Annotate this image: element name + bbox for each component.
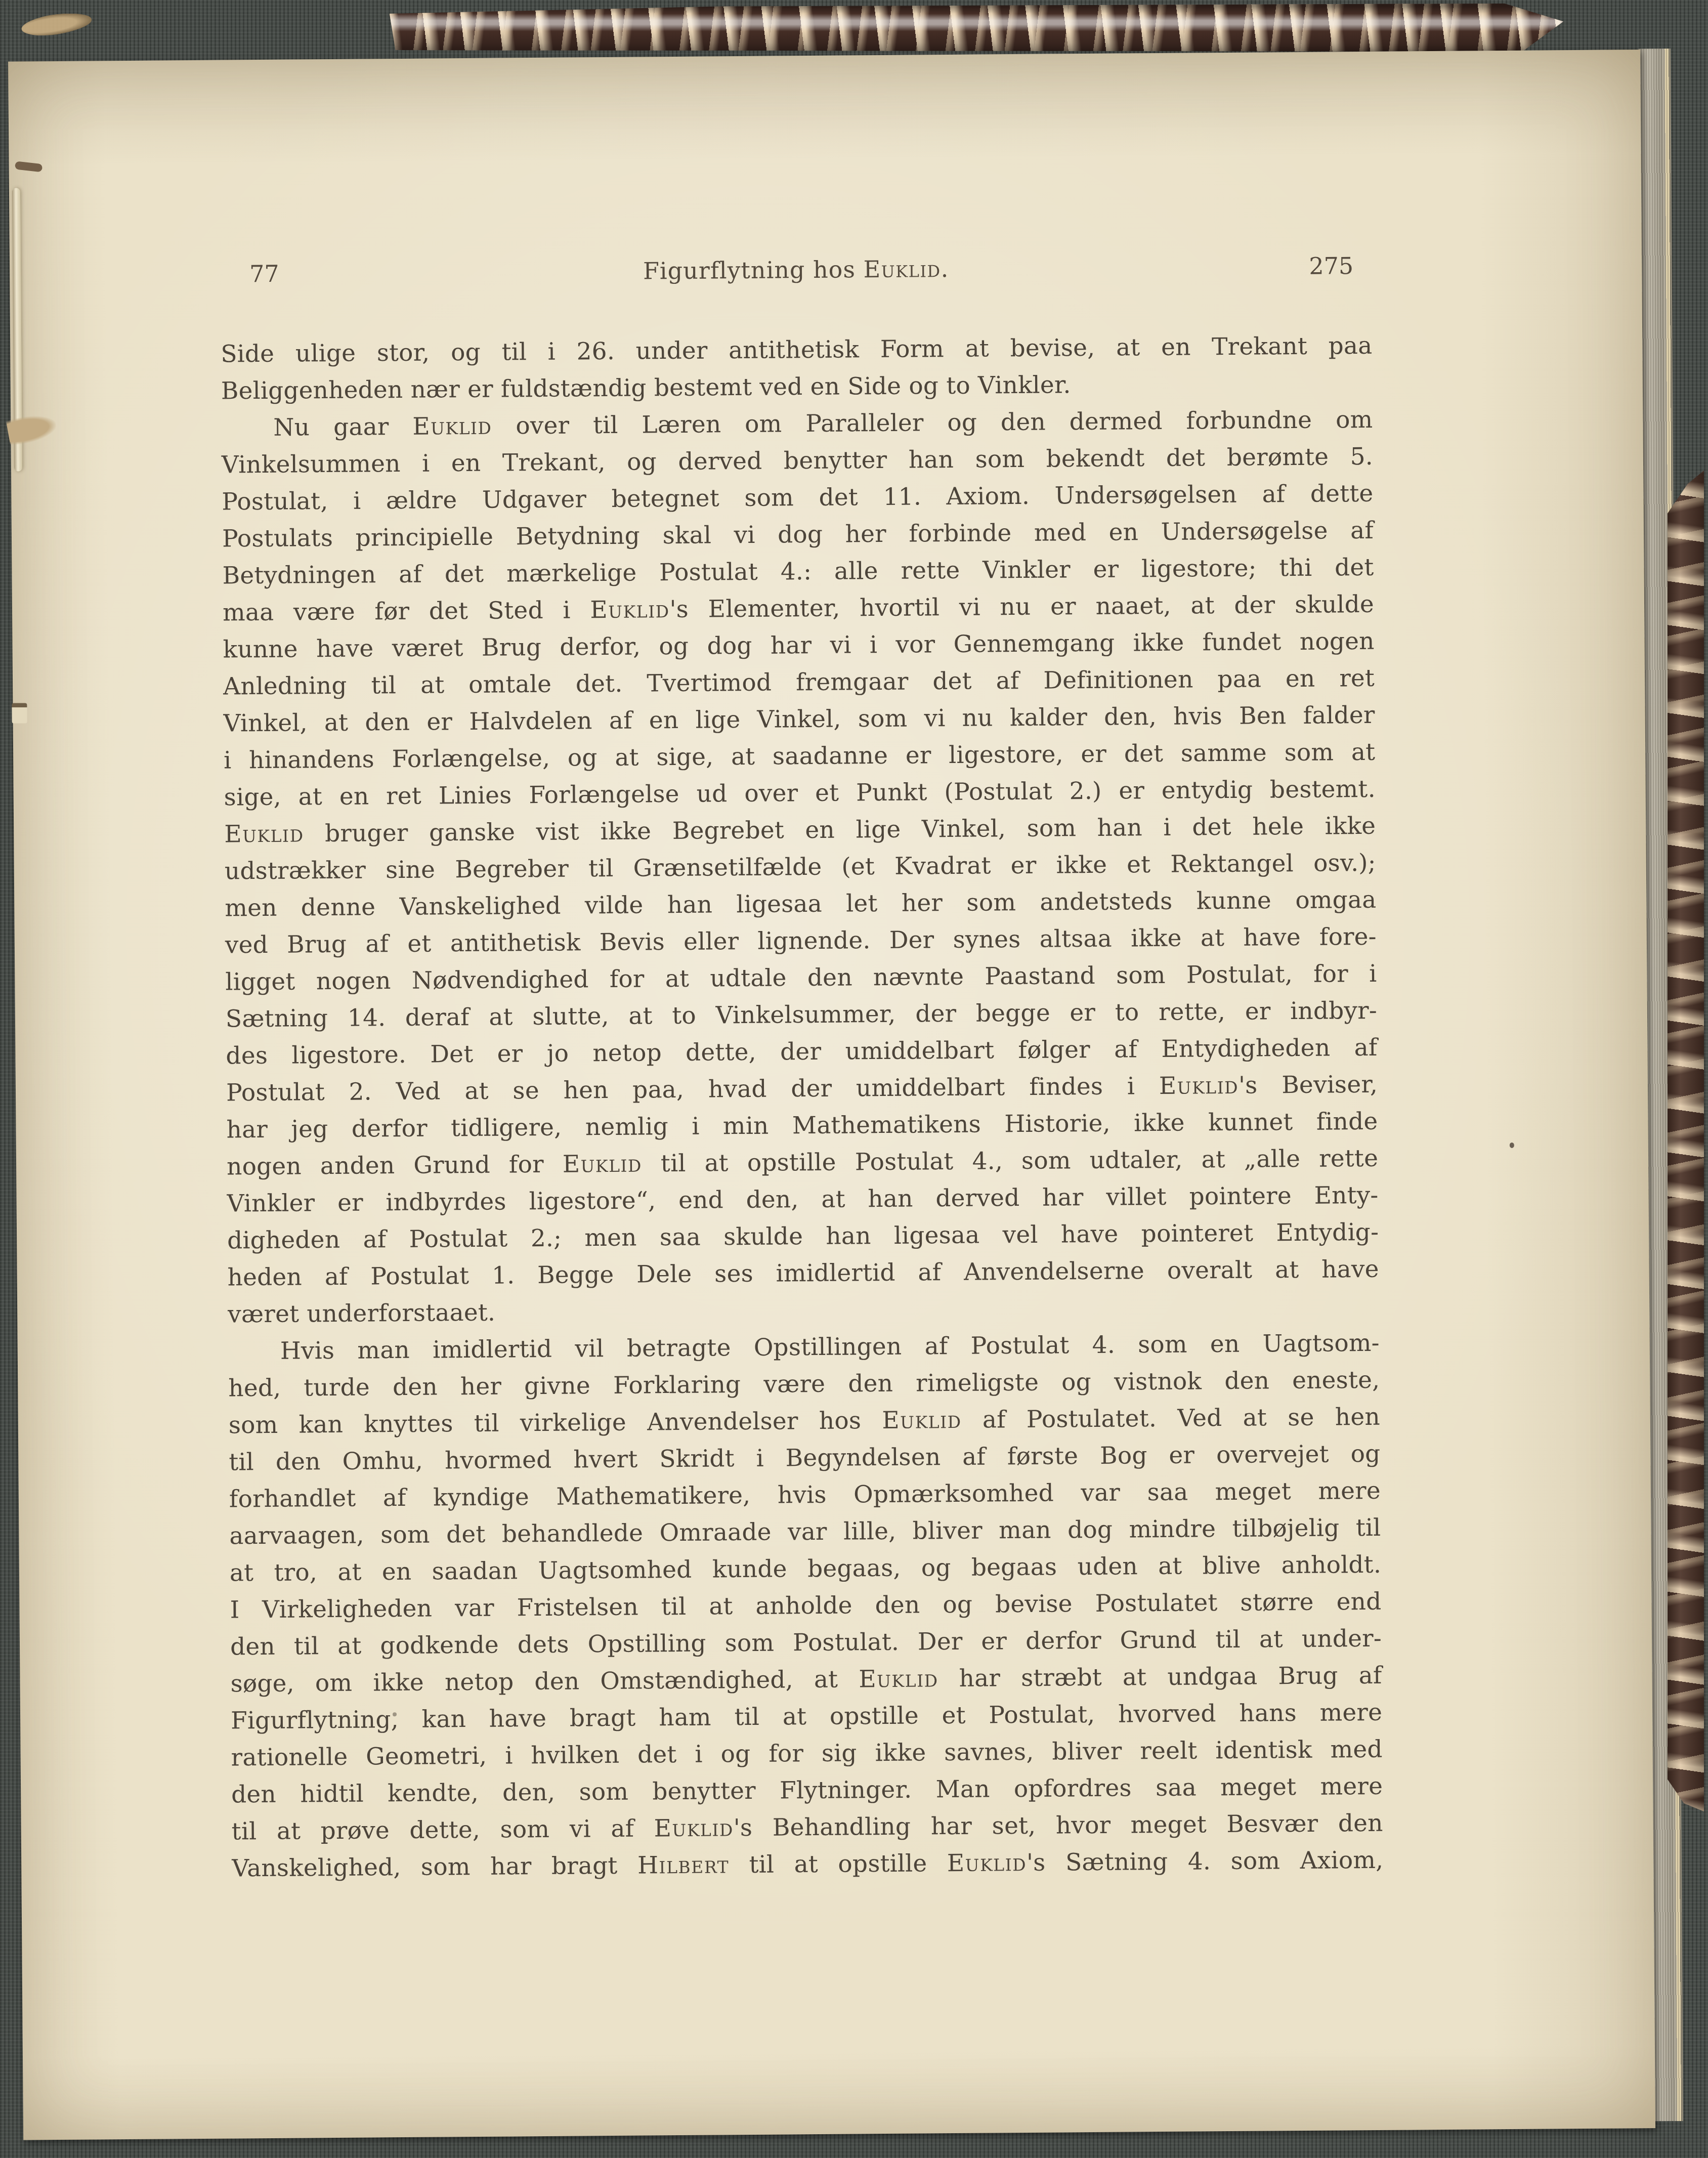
text-line: Vanskelighed, som har bragt Hilbert til …	[232, 1842, 1383, 1887]
paper-speck	[1510, 1143, 1514, 1148]
binding-thread-knot	[15, 161, 42, 172]
headband-threads	[20, 9, 93, 39]
page: 77 Figurflytning hos Euklid. 275 Side ul…	[8, 50, 1655, 2140]
marbled-top-edge	[390, 3, 1563, 52]
header-title: Figurflytning hos Euklid.	[220, 252, 1372, 288]
header-right-page-number: 275	[1309, 252, 1353, 280]
book-scan: 77 Figurflytning hos Euklid. 275 Side ul…	[0, 0, 1708, 2158]
binding-stitch	[12, 703, 27, 723]
page-header: 77 Figurflytning hos Euklid. 275	[220, 252, 1372, 296]
body-text: Side ulige stor, og til i 26. under anti…	[221, 327, 1383, 1887]
marbled-corner-strip	[1668, 471, 1704, 1811]
